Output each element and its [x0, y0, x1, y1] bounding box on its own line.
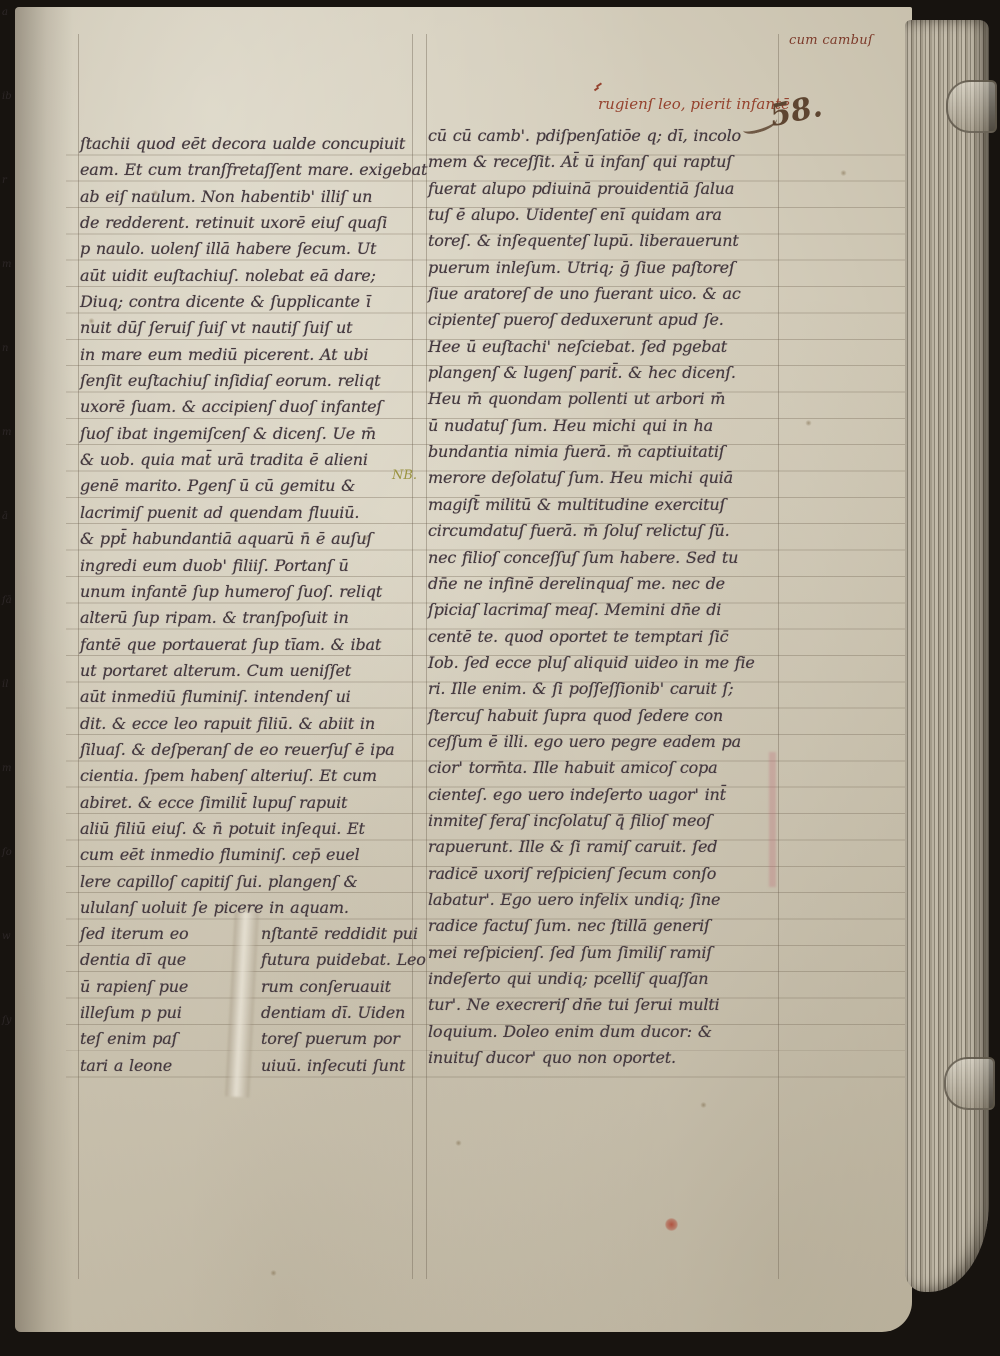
fox-spot [270, 1270, 277, 1276]
facing-page-text-fragment: ā [0, 511, 15, 595]
text-line: bundantia nimia fuerā. m̄ captiuitatiſ [428, 439, 780, 465]
red-offset-stain [769, 752, 776, 887]
facing-page-text-fragment: w [0, 931, 15, 1015]
text-line: dit. & ecce leo rapuit filiū. & abiit in [80, 711, 412, 737]
text-line: cienteſ. ego uero indeſerto uagor' int̄ [428, 782, 780, 808]
text-line: eam. Et cum tranſfretaſſent mare. exigeb… [80, 157, 412, 183]
text-line: rapuerunt. Ille & ſi ramiſ caruit. ſed [428, 834, 780, 860]
text-line: lacrimiſ puenit ad quendam fluuiū. [80, 500, 412, 526]
text-line: dn̄e ne infinē derelinquaſ me. nec de [428, 571, 780, 597]
text-line: ſiue aratoreſ de uno fuerant uico. & ac [428, 281, 780, 307]
text-line: aliū filiū eiuſ. & n̄ potuit inſequi. Et [80, 816, 412, 842]
text-line: de redderent. retinuit uxorē eiuſ quaſi [80, 210, 412, 236]
text-line: ab eiſ naulum. Non habentib' illiſ un [80, 184, 412, 210]
facing-page-text-fragment: r [0, 175, 15, 259]
text-line: tur'. Ne execreriſ dn̄e tui ſerui multi [428, 992, 780, 1018]
text-line-split: ſed iterum eonſtantē reddidit pui [80, 921, 412, 947]
scribal-mark-icon [594, 83, 604, 93]
facing-page-text-fragment: ib [0, 91, 15, 175]
fox-spot [152, 190, 159, 196]
split-line-right: dentiam dī. Uiden [261, 1000, 405, 1026]
split-line-left: tari a leone [80, 1053, 230, 1079]
fox-spot [362, 535, 369, 541]
vertical-ruling-center-a [412, 34, 413, 1279]
fox-spot [455, 1140, 462, 1146]
text-line: in mare eum mediū picerent. At ubi [80, 342, 412, 368]
text-line: tuſ ē alupo. Uidenteſ enī quidam ara [428, 202, 780, 228]
text-line: ut portaret alterum. Cum ueniſſet [80, 658, 412, 684]
text-line: radice factuſ ſum. nec ſtillā generiſ [428, 913, 780, 939]
text-line: & uob. quia mat̄ urā tradita ē alieni [80, 447, 412, 473]
text-line-split: tari a leoneuiuū. inſecuti ſunt [80, 1053, 412, 1079]
text-line: nuit dūſ ſeruiſ ſuiſ vt nautiſ ſuiſ ut [80, 315, 412, 341]
header-rubric-note: rugienſ leo, pierit infantē [598, 95, 790, 113]
text-column-left: ſtachii quod eēt decora ualde concupiuit… [80, 131, 412, 921]
text-line: aūt uidit euſtachiuſ. nolebat eā dare; [80, 263, 412, 289]
text-line: ingredi eum duob' filiiſ. Portanſ ū [80, 553, 412, 579]
text-line: circumdatuſ fuerā. m̄ ſoluſ relictuſ ſū. [428, 518, 780, 544]
text-line: aūt inmediū fluminiſ. intendenſ ui [80, 684, 412, 710]
text-line: radicē uxoriſ reſpicienſ ſecum conſo [428, 861, 780, 887]
text-line: abiret. & ecce ſimilit̄ lupuſ rapuit [80, 790, 412, 816]
text-line: fantē que portauerat ſup tīam. & ibat [80, 632, 412, 658]
facing-page-sliver: aibrmnmāſāilmſowſy [0, 7, 15, 1332]
text-line: loquium. Doleo enim dum ducor: & [428, 1019, 780, 1045]
text-line: alterū ſup ripam. & tranſpoſuit in [80, 605, 412, 631]
text-line: Heu m̄ quondam pollenti ut arbori m̄ [428, 386, 780, 412]
top-margin-note: cum cambuſ [789, 33, 873, 48]
red-ink-spot [665, 1218, 678, 1231]
fox-spot [88, 318, 95, 324]
text-line: ſtachii quod eēt decora ualde concupiuit [80, 131, 412, 157]
fox-spot [805, 420, 812, 426]
text-line: mei reſpicienſ. ſed ſum ſimiliſ ramiſ [428, 940, 780, 966]
text-line: mem & receſſit. At̄ ū infanſ qui raptuſ [428, 149, 780, 175]
page-clip-bottom [944, 1057, 995, 1110]
text-line: indeſerto qui undiq; pcelliſ quaſſan [428, 966, 780, 992]
split-line-right: toreſ puerum por [261, 1026, 400, 1052]
text-line: ri. Ille enim. & ſi poſſeſſionib' caruit… [428, 676, 780, 702]
text-line: unum infantē ſup humeroſ ſuoſ. reliqt [80, 579, 412, 605]
text-line-split: ū rapienſ puerum conſeruauit [80, 974, 412, 1000]
split-line-left: ū rapienſ pue [80, 974, 230, 1000]
text-line: ſtercuſ habuit ſupra quod ſedere con [428, 703, 780, 729]
text-line: nec filioſ conceſſuſ ſum habere. Sed tu [428, 545, 780, 571]
text-column-right: cū cū camb'. pdiſpenſatiōe q; dī, incolo… [428, 123, 780, 1071]
text-line: Iob. ſed ecce pluſ aliquid uideo in me f… [428, 650, 780, 676]
split-line-right: rum conſeruauit [261, 974, 391, 1000]
fox-spot [840, 170, 847, 176]
facing-page-text-fragment: il [0, 679, 15, 763]
split-line-right: uiuū. inſecuti ſunt [261, 1053, 405, 1079]
split-line-right: futura puidebat. Leo [261, 947, 426, 973]
gutter-shadow [15, 7, 73, 1332]
vertical-ruling-center-b [426, 34, 427, 1279]
text-line: plangenſ & lugenſ parit̄. & hec dicenſ. [428, 360, 780, 386]
facing-page-text-fragment: m [0, 259, 15, 343]
text-line: centē te. quod oportet te temptari ſic̄ [428, 624, 780, 650]
text-line-split: teſ enim paſtoreſ puerum por [80, 1026, 412, 1052]
facing-page-text-fragment: ſy [0, 1015, 15, 1099]
split-line-left: dentia dī que [80, 947, 230, 973]
text-line: cū cū camb'. pdiſpenſatiōe q; dī, incolo [428, 123, 780, 149]
text-line: puerum inleſum. Utriq; ḡ ſiue paſtoreſ [428, 255, 780, 281]
text-line: magiſt̄ militū & multitudine exercituſ [428, 492, 780, 518]
text-line: inuituſ ducor' quo non oportet. [428, 1045, 780, 1071]
facing-page-text-fragment: m [0, 427, 15, 511]
facing-page-text-fragment: m [0, 763, 15, 847]
facing-page-text-fragment: n [0, 343, 15, 427]
text-line: cientia. ſpem habenſ alteriuſ. Et cum [80, 763, 412, 789]
facing-page-text-fragment: ſo [0, 847, 15, 931]
text-line: inmiteſ feraſ incſolatuſ q̄ filioſ meoſ [428, 808, 780, 834]
text-line: labatur'. Ego uero infelix undiq; ſine [428, 887, 780, 913]
text-line: lere capilloſ capitiſ ſui. plangenſ & [80, 869, 412, 895]
split-line-right: nſtantē reddidit pui [261, 921, 418, 947]
manuscript-photo: aibrmnmāſāilmſowſy cum cambuſ rugienſ le… [0, 0, 1000, 1356]
split-line-left: illeſum p pui [80, 1000, 230, 1026]
facing-page-text-fragment: a [0, 7, 15, 91]
facing-page-text-fragment: ſā [0, 595, 15, 679]
text-column-left-split: ſed iterum eonſtantē reddidit pui dentia… [80, 921, 412, 1079]
text-line: Hee ū euſtachi' neſciebat. ſed pgebat [428, 334, 780, 360]
text-line: p naulo. uolenſ illā habere ſecum. Ut [80, 236, 412, 262]
text-line: ſiluaſ. & deſperanſ de eo reuerſuſ ē ipa [80, 737, 412, 763]
text-line: Diuq; contra dicente & ſupplicante ī [80, 289, 412, 315]
vertical-ruling-left [78, 34, 79, 1279]
text-line: toreſ. & inſequenteſ lupū. liberauerunt [428, 228, 780, 254]
text-line: cum eēt inmedio fluminiſ. cep̄ euel [80, 842, 412, 868]
text-line: fuerat alupo pdiuinā prouidentiā ſalua [428, 176, 780, 202]
text-line: ū nudatuſ ſum. Heu michi qui in ha [428, 413, 780, 439]
text-line-split: dentia dī quefutura puidebat. Leo [80, 947, 412, 973]
text-line: ceſſum ē illi. ego uero pegre eadem pa [428, 729, 780, 755]
fox-spot [700, 1102, 707, 1108]
text-line-split: illeſum p puidentiam dī. Uiden [80, 1000, 412, 1026]
text-line: merore deſolatuſ ſum. Heu michi quiā [428, 465, 780, 491]
page-clip-top [946, 80, 997, 133]
text-line: ſuoſ ibat ingemiſcenſ & dicenſ. Ue m̄ [80, 421, 412, 447]
text-line: ſenſit euſtachiuſ inſidiaſ eorum. reliqt [80, 368, 412, 394]
text-line: cior' torm̄ta. Ille habuit amicoſ copa [428, 755, 780, 781]
text-line: ſpiciaſ lacrimaſ meaſ. Memini dn̄e di [428, 597, 780, 623]
split-line-left: ſed iterum eo [80, 921, 230, 947]
split-line-left: teſ enim paſ [80, 1026, 230, 1052]
text-line: uxorē ſuam. & accipienſ duoſ infanteſ [80, 394, 412, 420]
text-line: cipienteſ pueroſ deduxerunt apud ſe. [428, 307, 780, 333]
text-line: genē marito. Pgenſ ū cū gemitu & [80, 473, 412, 499]
